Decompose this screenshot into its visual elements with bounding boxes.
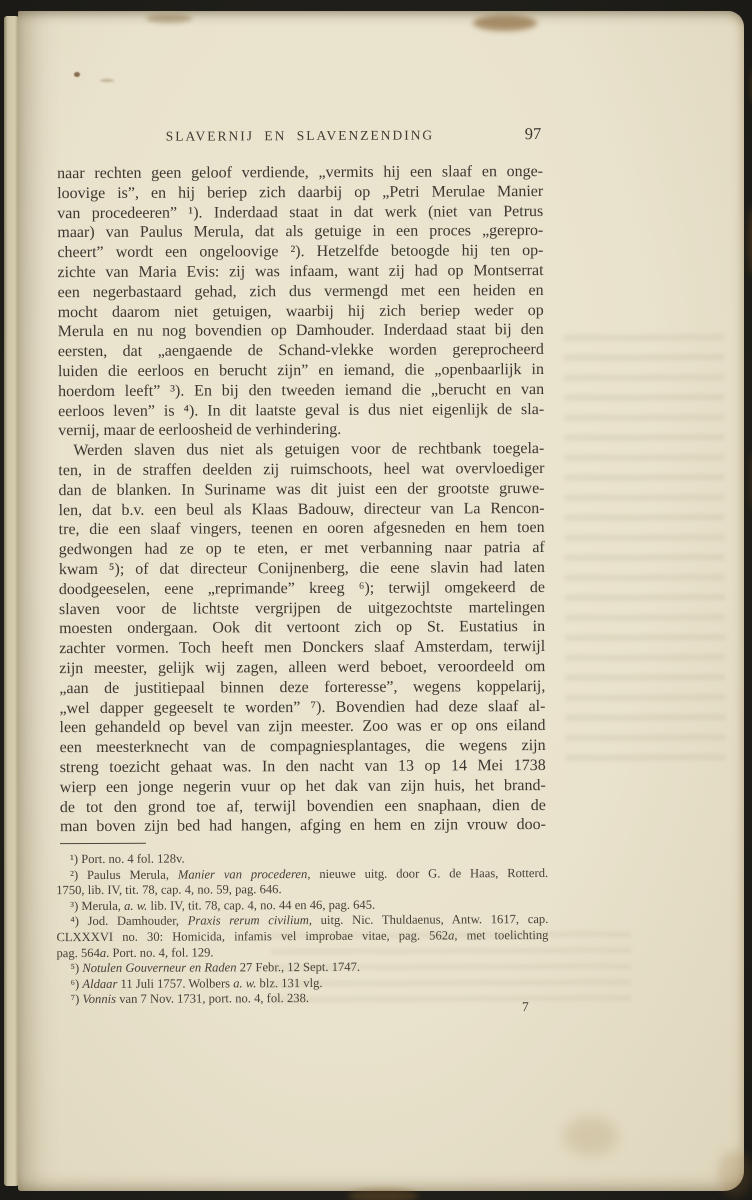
text-line: Merula en nu nog bovendien op Damhouder.… bbox=[58, 320, 544, 342]
footnote-text: CLXXXVI no. 30: Homicida, infamis vel im… bbox=[56, 928, 448, 944]
footnote-text: ²) Paulus Merula, bbox=[70, 867, 178, 881]
footnote-line: CLXXXVI no. 30: Homicida, infamis vel im… bbox=[56, 928, 548, 946]
text-line: zachter vormen. Toch heeft men Donckers … bbox=[59, 637, 545, 659]
text-line: eersten, dat „aengaende de Schand-vlekke… bbox=[58, 340, 544, 362]
text-line: cheert” wordt een ongeloovige ²). Hetzel… bbox=[57, 241, 543, 263]
text-line: doodgeeselen, eene „reprimande” kreeg ⁶)… bbox=[59, 578, 545, 600]
text-line: loovige is”, en hij beriep zich daarbij … bbox=[57, 182, 543, 204]
page-content: SLAVERNIJ EN SLAVENZENDING 97 naar recht… bbox=[17, 9, 748, 1192]
text-line: mocht daarom niet getuigen, waarbij hij … bbox=[58, 301, 544, 323]
signature-mark: 7 bbox=[61, 999, 529, 1017]
footnote-separator-rule bbox=[60, 843, 146, 844]
text-line: kwam ⁵); of dat directeur Conijnenberg, … bbox=[59, 558, 545, 580]
book-page: SLAVERNIJ EN SLAVENZENDING 97 naar recht… bbox=[18, 11, 744, 1191]
text-line: len, dat b.v. een beul als Klaas Badouw,… bbox=[59, 499, 545, 521]
text-line: Werden slaven dus niet als getuigen voor… bbox=[58, 439, 544, 461]
text-line: de tot den grond toe af, terwijl bovendi… bbox=[60, 796, 546, 818]
italic-text: Aldaar bbox=[82, 977, 117, 991]
text-line: wierp een jonge negerin vuur op het dak … bbox=[60, 776, 546, 798]
footnote-text: 27 Febr., 12 Sept. 1747. bbox=[237, 960, 361, 975]
text-line: streng toezicht gehaat was. In den nacht… bbox=[60, 756, 546, 778]
underlying-page-edge bbox=[4, 16, 19, 1186]
footnote-text: lib. IV, tit. 78, cap. 4, no. 44 en 46, … bbox=[147, 898, 375, 913]
ink-bleedthrough bbox=[564, 334, 726, 765]
footnote-text: 11 Juli 1757. Wolbers bbox=[117, 976, 233, 991]
text-line: hoerdom leeft” ³). En bij den tweeden ie… bbox=[58, 380, 544, 402]
text-line: naar rechten geen geloof verdiende, „ver… bbox=[57, 162, 543, 184]
footnote-line: ²) Paulus Merula, Manier van procederen,… bbox=[56, 866, 548, 884]
footnote-text: ¹) Port. no. 4 fol. 128v. bbox=[70, 852, 185, 866]
text-line: moesten ondergaan. Ook dit vertoont zich… bbox=[59, 617, 545, 639]
text-line: een negerbastaard gehad, zich dus vermen… bbox=[58, 281, 544, 303]
text-line: luiden die eerloos en berucht zijn” en i… bbox=[58, 360, 544, 382]
footnote-text: , met toelichting bbox=[454, 928, 548, 942]
text-line: dan de blanken. In Suriname was dit juis… bbox=[58, 479, 544, 501]
text-line: „aan de justitiepaal binnen deze fortere… bbox=[59, 677, 545, 699]
text-line: zichte van Maria Evis: zij was infaam, w… bbox=[57, 261, 543, 283]
footnote-text: 1750, lib. IV, tit. 78, cap. 4, no. 59, … bbox=[56, 882, 281, 897]
page-number: 97 bbox=[513, 124, 553, 144]
footnote-text: . Port. no. 4, fol. 129. bbox=[106, 945, 213, 959]
text-line: eerloos leven” is ⁴). In dit laatste gev… bbox=[58, 400, 544, 422]
italic-text: Praxis rerum civilium bbox=[188, 913, 309, 928]
footnote-text: , uitg. Nic. Thuldaenus, Antw. 1617, cap… bbox=[309, 912, 549, 927]
text-line: maar) van Paulus Merula, dat als getuige… bbox=[57, 221, 543, 243]
text-line: slaven voor de lichtste vergrijpen de ui… bbox=[59, 598, 545, 620]
footnote-text: ³) Merula, bbox=[70, 899, 124, 913]
text-line: tre, die een slaaf vingers, teenen en oo… bbox=[59, 518, 545, 540]
italic-text: Notulen Gouverneur en Raden bbox=[82, 961, 236, 976]
text-line: „wel dapper gegeeselt te worden” ⁷). Bov… bbox=[59, 697, 545, 719]
footnote-text: blz. 131 vlg. bbox=[256, 976, 322, 990]
italic-text: a. w. bbox=[233, 976, 256, 990]
text-line: een meesterknecht van de compagniesplant… bbox=[60, 736, 546, 758]
footnotes-block: ¹) Port. no. 4 fol. 128v.²) Paulus Merul… bbox=[56, 850, 549, 1008]
footnote-text: ⁶) bbox=[71, 977, 83, 991]
footnote-text: , nieuwe uitg. door G. de Haas, Rotterd. bbox=[307, 866, 548, 881]
scanned-book-page: { "colors": { "paper": "#e9e2cc", "ink":… bbox=[0, 0, 752, 1200]
text-line: gedwongen had ze op te eten, er met verb… bbox=[59, 538, 545, 560]
italic-text: a. w. bbox=[124, 899, 147, 913]
body-text: naar rechten geen geloof verdiende, „ver… bbox=[57, 162, 546, 837]
text-line: vernij, maar de eerloosheid de verhinder… bbox=[58, 419, 544, 441]
footnote-text: pag. 564 bbox=[56, 946, 99, 960]
text-line: van procedeeren” ¹). Inderdaad staat in … bbox=[57, 202, 543, 224]
italic-text: Manier van procederen bbox=[178, 867, 307, 882]
footnote-text: ⁵) bbox=[71, 961, 83, 975]
text-line: man boven zijn bed had hangen, afging en… bbox=[60, 815, 546, 837]
text-line: zijn meester, gelijk wij zagen, alleen w… bbox=[59, 657, 545, 679]
text-line: leen gehandeld op bevel van zijn meester… bbox=[59, 716, 545, 738]
running-head: SLAVERNIJ EN SLAVENZENDING bbox=[57, 127, 543, 145]
text-line: ten, in de straffen deelden zij ruimscho… bbox=[58, 459, 544, 481]
footnote-text: ⁴) Jod. Damhouder, bbox=[70, 914, 187, 929]
